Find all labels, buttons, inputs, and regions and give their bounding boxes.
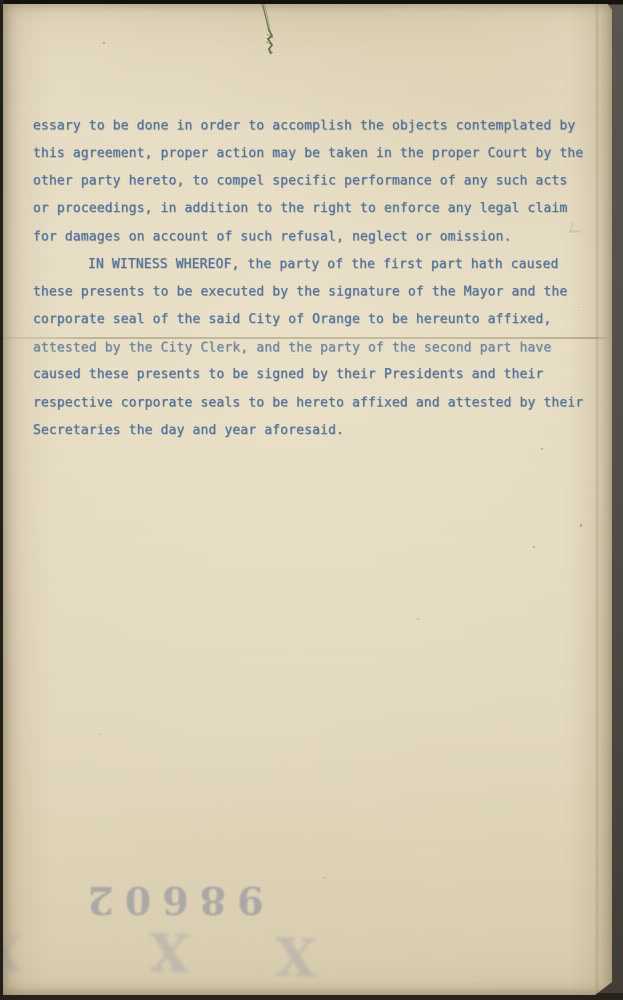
text-line: these presents to be executed by the sig… — [33, 279, 585, 307]
scan-background: { "document": { "lines": [ "essary to be… — [0, 0, 623, 1000]
paper-speck — [99, 734, 101, 735]
text-line: for damages on account of such refusal, … — [33, 223, 585, 251]
text-line: attested by the City Clerk, and the part… — [33, 334, 585, 362]
text-line: other party hereto, to compel specific p… — [33, 168, 585, 196]
paper-speck — [580, 524, 582, 527]
text-line: IN WITNESS WHEREOF, the party of the fir… — [33, 251, 585, 279]
text-line: caused these presents to be signed by th… — [33, 361, 585, 389]
binding-thread-icon — [252, 4, 294, 68]
text-line: respective corporate seals to be hereto … — [33, 389, 585, 417]
paper-speck — [578, 306, 579, 308]
text-line: corporate seal of the said City of Orang… — [33, 306, 585, 334]
document-page: essary to be done in order to accomplish… — [3, 4, 612, 995]
text-line: this agreement, proper action may be tak… — [33, 140, 585, 168]
text-line: Secretaries the day and year aforesaid. — [33, 417, 585, 445]
typewritten-text: essary to be done in order to accomplish… — [33, 112, 585, 444]
paper-speck — [103, 42, 105, 44]
bleedthrough-stamp-number: 98602 — [75, 878, 265, 923]
paper-speck — [417, 618, 419, 620]
right-fold-line — [595, 4, 599, 995]
paper-speck — [533, 546, 535, 548]
text-line: essary to be done in order to accomplish… — [33, 112, 585, 140]
text-line: or proceedings, in addition to the right… — [33, 195, 585, 223]
paper-speck — [323, 877, 326, 879]
bleedthrough-x-marks: X X — [114, 919, 317, 987]
paper-speck — [541, 448, 543, 450]
bleedthrough-x-mark-left: X — [0, 923, 23, 983]
